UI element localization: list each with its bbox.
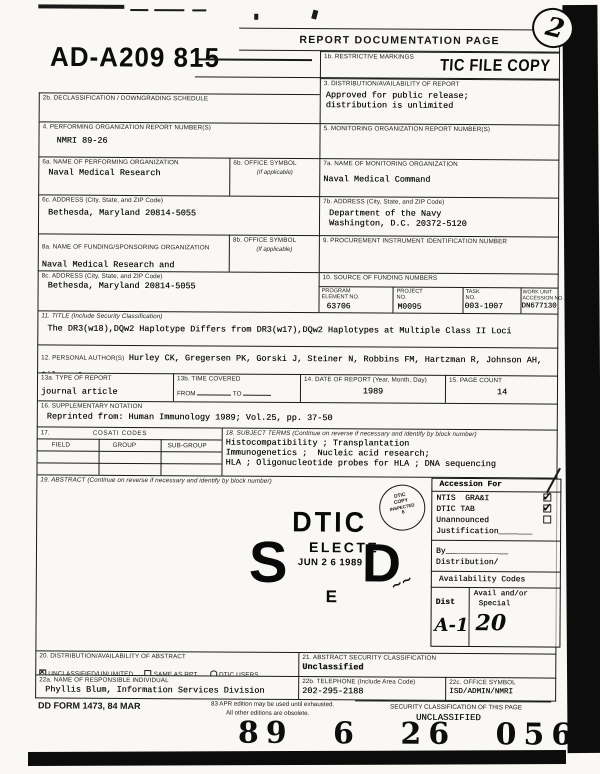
field-11-title: 11. TITLE (Include Security Classificati…	[37, 310, 558, 347]
field-22c-office-symbol: 22c. OFFICE SYMBOL ISD/ADMIN/NMRI	[445, 677, 556, 702]
cosati-title: COSATI CODES	[93, 430, 147, 438]
date-stamp-number: 89 6 26 056	[238, 716, 580, 753]
file-copy-stamp: TIC FILE COPY	[439, 57, 550, 76]
field-label: 4. PERFORMING ORGANIZATION REPORT NUMBER…	[43, 123, 317, 132]
scan-line	[98, 439, 99, 475]
form-header: REPORT DOCUMENTATION PAGE	[239, 28, 560, 53]
funding-value: DN677130	[521, 302, 556, 310]
dtic-stamp-date: JUN 2 6 1989	[298, 558, 363, 568]
accession-row-label: DTIC TAB	[436, 505, 474, 514]
funding-value: 63706	[326, 302, 350, 311]
funding-col-header: PROJECT NO.	[397, 289, 423, 302]
field-value: Washington, D.C. 20372-5120	[329, 218, 556, 229]
cosati-col-group: GROUP	[113, 442, 137, 450]
by-label: By_____________	[436, 547, 508, 556]
scan-mark	[311, 10, 318, 20]
field-label: 6b. OFFICE SYMBOL	[233, 160, 316, 168]
field-label: 15. PAGE COUNT	[449, 377, 555, 385]
field-value: 14	[449, 386, 555, 397]
field-22b-telephone: 22b. TELEPHONE (Include Area Code) 202-2…	[298, 676, 445, 701]
field-label: 7a. NAME OF MONITORING ORGANIZATION	[323, 160, 556, 169]
to-blank-line	[243, 388, 271, 395]
field-label: 9. PROCUREMENT INSTRUMENT IDENTIFICATION…	[323, 237, 556, 246]
scan-edge-band	[28, 750, 566, 766]
field-label: 8b. OFFICE SYMBOL	[233, 237, 316, 245]
field-value: 202-295-2188	[302, 686, 442, 697]
field-value: The DR3(w18),DQw2 Haplotype Differs from…	[47, 323, 555, 336]
field-22a-responsible-individual: 22a. NAME OF RESPONSIBLE INDIVIDUAL Phyl…	[35, 674, 298, 700]
field-label: 22b. TELEPHONE (Include Area Code)	[302, 678, 442, 686]
field-sublabel: (If applicable)	[233, 246, 316, 253]
field-label: 6c. ADDRESS (City, State, and ZIP Code)	[42, 196, 316, 205]
field-value: journal article	[41, 386, 170, 397]
handwritten-avail-code: 20	[475, 610, 506, 636]
field-21-abstract-security-classification: 21. ABSTRACT SECURITY CLASSIFICATION Unc…	[298, 652, 556, 678]
scan-mark	[130, 9, 148, 11]
field-value: Approved for public release;	[326, 90, 557, 101]
field-label: 5. MONITORING ORGANIZATION REPORT NUMBER…	[324, 125, 557, 134]
field-value: Bethesda, Maryland 20814-5055	[48, 207, 316, 219]
scan-line	[392, 287, 393, 313]
subject-terms-line: HLA ; Oligonucleotide probes for HLA ; D…	[226, 457, 555, 469]
funding-col-header: WORK UNIT ACCESSION NO.	[523, 289, 564, 302]
cosati-col-field: FIELD	[52, 441, 70, 449]
distribution-label: Distribution/	[436, 558, 498, 567]
field-label: 6a. NAME OF PERFORMING ORGANIZATION	[42, 158, 226, 167]
scan-edge-band	[562, 5, 600, 753]
accession-row-label: NTIS GRA&I	[436, 494, 489, 503]
field-7a-monitoring-org-name: 7a. NAME OF MONITORING ORGANIZATION Nava…	[319, 158, 559, 197]
funding-value: M0095	[397, 303, 421, 312]
field-6c-address: 6c. ADDRESS (City, State, and ZIP Code) …	[38, 194, 319, 235]
to-label: TO	[233, 390, 242, 397]
field-3-distribution-availability: 3. DISTRIBUTION/AVAILABILITY OF REPORT A…	[320, 78, 560, 124]
ad-accession-number: AD-A209 815	[50, 41, 220, 75]
from-label: FROM	[177, 390, 196, 397]
field-label: 17.	[41, 429, 50, 437]
accession-row-label: Unannounced	[436, 516, 489, 525]
dist-label: Dist	[436, 598, 455, 607]
field-18-subject-terms: 18. SUBJECT TERMS (Continue on reverse i…	[221, 428, 557, 478]
dd-form-1473: AD-A209 815 REPORT DOCUMENTATION PAGE 1b…	[0, 0, 600, 774]
scanned-report-documentation-page: AD-A209 815 REPORT DOCUMENTATION PAGE 1b…	[0, 0, 600, 774]
field-15-page-count: 15. PAGE COUNT 14	[445, 375, 558, 404]
availability-codes-label: Availability Codes	[439, 575, 525, 585]
dtic-stamp-letter-e: E	[326, 588, 337, 605]
edition-note: 83 APR edition may be used until exhaust…	[211, 700, 334, 708]
field-20-distribution-of-abstract: 20. DISTRIBUTION/AVAILABILITY OF ABSTRAC…	[35, 650, 298, 676]
funding-col-header: TASK NO.	[466, 289, 480, 302]
field-label: 20. DISTRIBUTION/AVAILABILITY OF ABSTRAC…	[39, 652, 295, 661]
accession-title: Accession For	[439, 480, 501, 489]
special-label: Special	[479, 600, 511, 608]
field-value: Bethesda, Maryland 20814-5055	[48, 280, 316, 292]
field-value: Unclassified	[302, 662, 553, 674]
field-8b-office-symbol: 8b. OFFICE SYMBOL (If applicable)	[229, 235, 319, 273]
field-value: NMRI 89-26	[56, 135, 316, 147]
cosati-col-subgroup: SUB-GROUP	[168, 442, 207, 450]
scan-line	[355, 700, 551, 702]
field-label: 7b. ADDRESS (City, State, and ZIP Code)	[323, 198, 556, 207]
unannounced-checkbox	[543, 515, 551, 523]
field-8a-funding-org-name: 8a. NAME OF FUNDING/SPONSORING ORGANIZAT…	[38, 233, 229, 271]
funding-value: 003-1007	[464, 302, 502, 311]
field-12-personal-authors: 12. PERSONAL AUTHOR(S) Hurley CK, Greger…	[37, 344, 558, 375]
scan-line	[195, 76, 321, 78]
scan-mark	[192, 9, 206, 11]
field-16-supplementary-notation: 16. SUPPLEMENTARY NOTATION Reprinted fro…	[37, 400, 558, 429]
field-value: Department of the Navy	[329, 208, 556, 219]
field-label: 3. DISTRIBUTION/AVAILABILITY OF REPORT	[324, 80, 557, 89]
field-label: 2b. DECLASSIFICATION / DOWNGRADING SCHED…	[43, 94, 317, 103]
field-sublabel: (If applicable)	[233, 169, 316, 176]
scan-mark	[154, 9, 184, 11]
handwritten-dist-code: A-1	[434, 615, 468, 636]
field-14-date-of-report: 14. DATE OF REPORT (Year, Month, Day) 19…	[300, 374, 445, 403]
handwritten-page-number: 2	[543, 12, 568, 45]
field-value: Naval Medical Command	[323, 174, 556, 185]
field-value: ISD/ADMIN/NMRI	[449, 686, 553, 697]
field-7b-address: 7b. ADDRESS (City, State, and ZIP Code) …	[319, 196, 559, 236]
dtic-stamp-word: DTIC	[292, 508, 367, 537]
avail-andor-label: Avail and/or	[474, 590, 528, 598]
form-number: DD FORM 1473, 84 MAR	[38, 700, 141, 711]
dtic-stamp-letter-s: S	[249, 534, 288, 592]
scan-line	[160, 439, 161, 475]
form-title: REPORT DOCUMENTATION PAGE	[299, 34, 499, 47]
funding-col-header: PROGRAM ELEMENT NO.	[322, 288, 360, 301]
field-value: Reprinted from: Human Immunology 1989; V…	[47, 411, 555, 424]
field-6a-performing-org-name: 6a. NAME OF PERFORMING ORGANIZATION Nava…	[38, 156, 229, 195]
security-classification-label: SECURITY CLASSIFICATION OF THIS PAGE	[390, 704, 522, 712]
field-5-monitoring-org-report-number: 5. MONITORING ORGANIZATION REPORT NUMBER…	[319, 123, 559, 159]
field-label: 8a. NAME OF FUNDING/SPONSORING ORGANIZAT…	[42, 243, 210, 251]
field-label: 13b. TIME COVERED	[177, 375, 297, 383]
field-13a-type-of-report: 13a. TYPE OF REPORT journal article	[37, 372, 173, 401]
field-label: 13a. TYPE OF REPORT	[41, 374, 170, 382]
scan-mark	[38, 4, 124, 9]
field-value: 1989	[304, 386, 442, 397]
dtic-tab-checkbox	[543, 504, 551, 512]
field-value: distribution is unlimited	[326, 100, 557, 111]
field-8c-address: 8c. ADDRESS (City, State, and ZIP Code) …	[37, 270, 318, 312]
field-value: Phyllis Blum, Information Services Divis…	[45, 684, 295, 696]
field-label: 10. SOURCE OF FUNDING NUMBERS	[320, 273, 559, 284]
field-label: 22c. OFFICE SYMBOL	[449, 679, 553, 687]
scan-line	[462, 287, 463, 313]
field-label: 14. DATE OF REPORT (Year, Month, Day)	[304, 376, 442, 384]
field-label: 11. TITLE (Include Security Classificati…	[41, 312, 555, 323]
field-4-performing-org-report-number: 4. PERFORMING ORGANIZATION REPORT NUMBER…	[38, 121, 319, 158]
field-6b-office-symbol: 6b. OFFICE SYMBOL (If applicable)	[229, 158, 319, 197]
field-13b-time-covered: 13b. TIME COVERED FROM TO	[173, 373, 300, 402]
field-2b-declassification-schedule: 2b. DECLASSIFICATION / DOWNGRADING SCHED…	[39, 92, 320, 123]
field-value: Naval Medical Research	[48, 167, 226, 178]
scan-mark	[254, 14, 258, 20]
from-blank-line	[197, 388, 231, 395]
field-label: 12. PERSONAL AUTHOR(S)	[41, 354, 124, 362]
field-9-procurement-number: 9. PROCUREMENT INSTRUMENT IDENTIFICATION…	[319, 235, 559, 273]
justification-label: Justification_______	[436, 527, 532, 537]
